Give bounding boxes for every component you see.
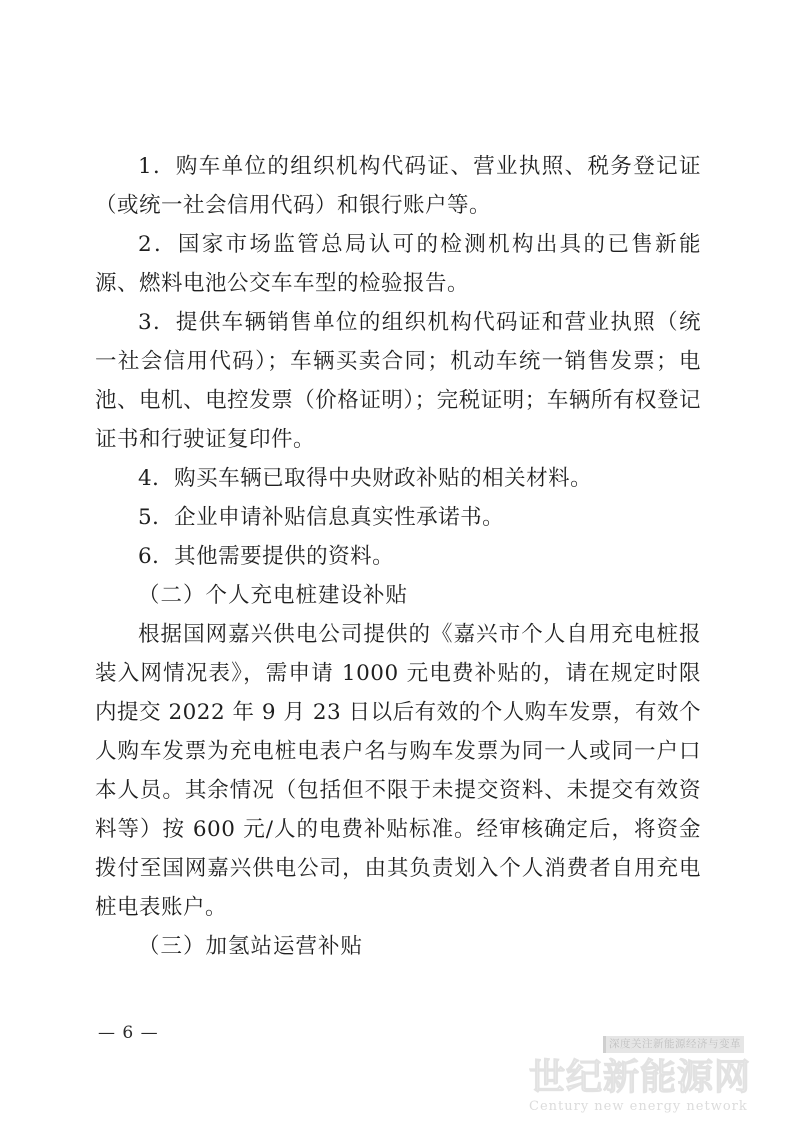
watermark-tagline-row: 深度关注新能源经济与变革	[529, 1032, 744, 1053]
list-item-4: 4．购买车辆已取得中央财政补贴的相关材料。	[95, 459, 701, 498]
watermark-logo-text: 世纪新能源网	[529, 1056, 744, 1098]
document-body: 1．购车单位的组织机构代码证、营业执照、税务登记证（或统一社会信用代码）和银行账…	[95, 147, 701, 966]
page-number: — 6 —	[98, 1023, 159, 1043]
section-heading-3: （三）加氢站运营补贴	[95, 927, 701, 966]
page-footer: — 6 —	[98, 1022, 159, 1044]
section-heading-2: （二）个人充电桩建设补贴	[95, 576, 701, 615]
body-paragraph-charging-subsidy: 根据国网嘉兴供电公司提供的《嘉兴市个人自用充电桩报装入网情况表》，需申请 100…	[95, 615, 701, 927]
list-item-5: 5．企业申请补贴信息真实性承诺书。	[95, 498, 701, 537]
watermark-tagline: 深度关注新能源经济与变革	[603, 1036, 744, 1053]
list-item-3: 3．提供车辆销售单位的组织机构代码证和营业执照（统一社会信用代码）；车辆买卖合同…	[95, 303, 701, 459]
list-item-6: 6．其他需要提供的资料。	[95, 537, 701, 576]
watermark-subtitle: Century new energy network	[529, 1099, 744, 1115]
list-item-1: 1．购车单位的组织机构代码证、营业执照、税务登记证（或统一社会信用代码）和银行账…	[95, 147, 701, 225]
list-item-2: 2．国家市场监管总局认可的检测机构出具的已售新能源、燃料电池公交车车型的检验报告…	[95, 225, 701, 303]
watermark: 深度关注新能源经济与变革 世纪新能源网 Century new energy n…	[529, 1032, 744, 1115]
document-page: 1．购车单位的组织机构代码证、营业执照、税务登记证（或统一社会信用代码）和银行账…	[0, 0, 794, 1123]
